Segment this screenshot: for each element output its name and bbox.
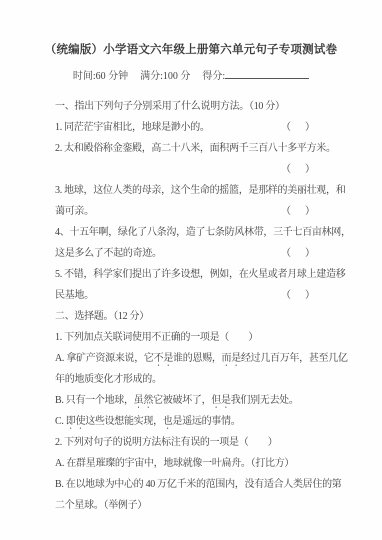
paper-body: 一、指出下列句子分别采用了什么说明方法。（10 分） 1. 同茫茫宇宙相比，地球…: [55, 96, 345, 516]
score-label: 得分:: [202, 71, 225, 82]
s1-question-1: 1. 同茫茫宇宙相比，地球是渺小的。 （ ）: [55, 117, 345, 138]
emphasized-word: 虽然: [134, 395, 153, 406]
s1-question-5-line2: 民基地。 （ ）: [55, 285, 345, 306]
s1-question-3-line1: 3. 地球，这位人类的母亲，这个生命的摇篮，是那样的美丽壮观，和: [55, 180, 345, 201]
s2-q2-option-b-line2: 二个星球。（举例子）: [55, 495, 345, 516]
s2-question-2-stem: 2. 下列对句子的说明方法标注有误的一项是（ ）: [55, 432, 345, 453]
s2-q2-option-a[interactable]: A. 在群星璀璨的宇宙中，地球就像一叶扁舟。（打比方）: [55, 453, 345, 474]
s2-q2-option-b-line1[interactable]: B. 在以地球为中心的 40 万亿千米的范围内，没有适合人类居住的第: [55, 474, 345, 495]
s1-question-4-line2: 这是多么了不起的奇迹。 （ ）: [55, 243, 345, 264]
plain-text: 这些设想能实现，: [85, 416, 163, 427]
emphasized-word: 而是: [222, 353, 241, 364]
s1-question-3-line2: 蔼可亲。 （ ）: [55, 201, 345, 222]
s1-question-5-line1: 5. 不错，科学家们提出了许多设想，例如，在火星或者月球上建造移: [55, 264, 345, 285]
answer-bracket[interactable]: （ ）: [281, 243, 317, 264]
plain-text: 经过几百万年，甚至几亿: [241, 353, 348, 364]
s1-q3-text1: 3. 地球，这位人类的母亲，这个生命的摇篮，是那样的美丽壮观，和: [55, 185, 345, 196]
plain-text: 它被破坏了，: [153, 395, 211, 406]
score-blank-line[interactable]: [225, 69, 309, 79]
answer-bracket[interactable]: （ ）: [281, 159, 317, 180]
plain-text: 谁的恩赐，: [173, 353, 222, 364]
full-score-label: 满分:100 分: [140, 71, 190, 82]
s1-q5-text2: 民基地。: [55, 290, 94, 301]
plain-text: 是遥远的事情。: [173, 416, 241, 427]
emphasized-word: 但是: [211, 395, 230, 406]
s2-q1-option-c[interactable]: C. 即使这些设想能实现，也是遥远的事情。: [55, 411, 345, 432]
s1-q1-text: 1. 同茫茫宇宙相比，地球是渺小的。: [55, 122, 210, 133]
s1-q2-text: 2. 太和殿俗称金銮殿，高二十八米，面积两千三百八十多平方米。: [55, 143, 336, 154]
plain-text: B. 只有一个地球，: [55, 395, 134, 406]
section2-heading: 二、选择题。（12 分）: [55, 306, 345, 327]
section1-heading: 一、指出下列句子分别采用了什么说明方法。（10 分）: [55, 96, 345, 117]
plain-text: 我们别无去处。: [231, 395, 299, 406]
emphasized-word: 也: [163, 416, 173, 427]
plain-text: C.: [55, 416, 66, 427]
s1-q3-text2: 蔼可亲。: [55, 206, 94, 217]
s1-question-2-line2: （ ）: [55, 159, 345, 180]
page-title: （统编版）小学语文六年级上册第六单元句子专项测试卷: [0, 0, 382, 57]
s1-q5-text1: 5. 不错，科学家们提出了许多设想，例如，在火星或者月球上建造移: [55, 269, 345, 280]
s2-q1-option-a-line1[interactable]: A. 拿矿产资源来说，它不是谁的恩赐，而是经过几百万年，甚至几亿: [55, 348, 345, 369]
s1-question-2-line1: 2. 太和殿俗称金銮殿，高二十八米，面积两千三百八十多平方米。: [55, 138, 345, 159]
test-paper-page: （统编版）小学语文六年级上册第六单元句子专项测试卷 时间:60 分钟满分:100…: [0, 0, 382, 540]
emphasized-word: 即使: [66, 416, 85, 427]
s1-q4-text2: 这是多么了不起的奇迹。: [55, 248, 162, 259]
time-label: 时间:60 分钟: [73, 71, 128, 82]
emphasized-word: 不是: [154, 353, 173, 364]
answer-bracket[interactable]: （ ）: [281, 201, 317, 222]
s2-question-1-stem: 1. 下列加点关联词使用不正确的一项是（ ）: [55, 327, 345, 348]
plain-text: A. 拿矿产资源来说，它: [55, 353, 154, 364]
s2-q1-option-b[interactable]: B. 只有一个地球，虽然它被破坏了，但是我们别无去处。: [55, 390, 345, 411]
answer-bracket[interactable]: （ ）: [281, 117, 317, 138]
s1-question-4-line1: 4、十五年啊，绿化了八条沟，造了七条防风林带，三千七百亩林网，: [55, 222, 345, 243]
answer-bracket[interactable]: （ ）: [281, 285, 317, 306]
paper-meta: 时间:60 分钟满分:100 分得分:: [0, 67, 382, 82]
s1-q4-text1: 4、十五年啊，绿化了八条沟，造了七条防风林带，三千七百亩林网，: [55, 227, 351, 238]
s2-q1-option-a-line2: 年的地质变化才形成的。: [55, 369, 345, 390]
